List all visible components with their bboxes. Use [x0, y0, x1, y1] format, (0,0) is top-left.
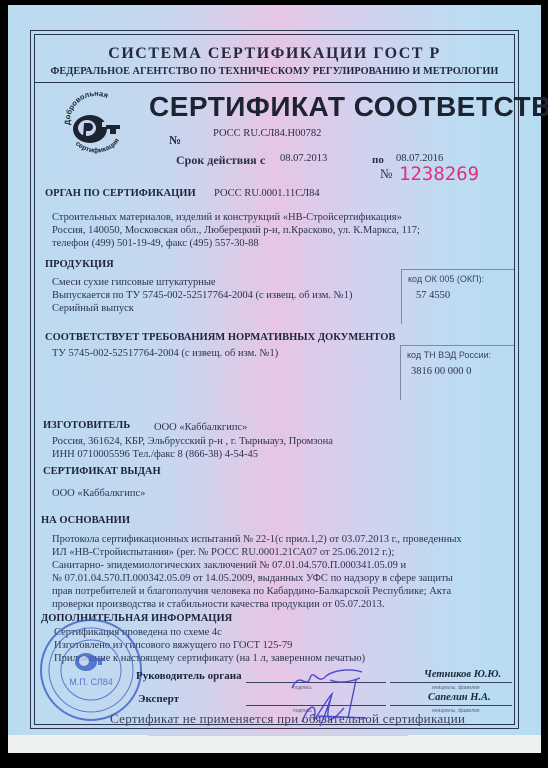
- official-stamp: М.П. СЛ84: [36, 615, 146, 725]
- certification-body-line: Россия, 140050, Московская обл., Люберец…: [52, 224, 420, 238]
- certificate-paper: СИСТЕМА СЕРТИФИКАЦИИ ГОСТ Р ФЕДЕРАЛЬНОЕ …: [8, 5, 541, 753]
- tnved-code-label: код ТН ВЭД России:: [407, 350, 491, 360]
- expert-name-line: [390, 705, 512, 706]
- product-line: Выпускается по ТУ 5745-002-52517764-2004…: [52, 289, 352, 303]
- okp-code-label: код ОК 005 (ОКП):: [408, 274, 484, 284]
- blank-serial-number: 1238269: [399, 163, 479, 185]
- product-line: Серийный выпуск: [52, 302, 134, 316]
- certificate-title: СЕРТИФИКАТ СООТВЕТСТВИЯ: [149, 91, 548, 123]
- head-name-caption: инициалы, фамилия: [432, 685, 480, 691]
- basis-line: Санитарно- эпидемиологических заключений…: [52, 559, 406, 573]
- basis-line: ИЛ «НВ-Стройиспытания» (рег. № РОСС RU.0…: [52, 546, 394, 560]
- validity-from-date: 08.07.2013: [280, 153, 327, 164]
- issued-to-label: СЕРТИФИКАТ ВЫДАН: [43, 466, 161, 477]
- product-line: Смеси сухие гипсовые штукатурные: [52, 276, 216, 290]
- validity-label: Срок действия: [176, 153, 257, 168]
- rst-mark-icon: Добровольная сертификация: [60, 89, 130, 159]
- svg-text:М.П. СЛ84: М.П. СЛ84: [69, 677, 113, 687]
- header-divider: [35, 82, 514, 83]
- basis-line: прав потребителей и благополучия человек…: [52, 585, 451, 599]
- system-title: СИСТЕМА СЕРТИФИКАЦИИ ГОСТ Р: [8, 45, 541, 63]
- manufacturer-label: ИЗГОТОВИТЕЛЬ: [43, 420, 130, 431]
- validity-from-label: с: [260, 153, 265, 168]
- registration-number: РОСС RU.СЛ84.Н00782: [213, 128, 321, 139]
- okp-code-box: код ОК 005 (ОКП): 57 4550: [401, 269, 514, 324]
- certification-body-line: телефон (499) 501-19-49, факс (495) 557-…: [52, 237, 259, 251]
- agency-name: ФЕДЕРАЛЬНОЕ АГЕНТСТВО ПО ТЕХНИЧЕСКОМУ РЕ…: [8, 66, 541, 77]
- blank-number-sign: №: [380, 166, 392, 182]
- official-stamp-icon: М.П. СЛ84: [36, 615, 146, 725]
- compliance-text: ТУ 5745-002-52517764-2004 (с извещ. об и…: [52, 347, 278, 361]
- paper-edge: [8, 735, 541, 753]
- tnved-code-value: 3816 00 000 0: [411, 366, 471, 377]
- basis-line: № 07.01.04.570.П.000342.05.09 от 14.05.2…: [52, 572, 453, 586]
- number-sign: №: [169, 133, 181, 148]
- expert-role-label: Эксперт: [138, 693, 179, 705]
- footer-note: Сертификат не применяется при обязательн…: [110, 711, 465, 727]
- product-label: ПРОДУКЦИЯ: [45, 259, 114, 270]
- manufacturer-line: Россия, 361624, КБР, Эльбрусский р-н , г…: [52, 435, 333, 449]
- manufacturer-line: ИНН 0710005596 Тел./факс 8 (866-38) 4-54…: [52, 448, 258, 462]
- head-name-line: [390, 682, 512, 683]
- certification-body-code: РОСС RU.0001.11СЛ84: [214, 188, 320, 199]
- compliance-label: СООТВЕТСТВУЕТ ТРЕБОВАНИЯМ НОРМАТИВНЫХ ДО…: [45, 332, 395, 343]
- rst-logo: Добровольная сертификация: [60, 89, 130, 159]
- manufacturer-name: ООО «Каббалкгипс»: [154, 421, 247, 435]
- basis-line: проверки производства и стабильности кач…: [52, 598, 385, 612]
- basis-label: НА ОСНОВАНИИ: [41, 515, 130, 526]
- basis-line: Протокола сертификационных испытаний № 2…: [52, 533, 462, 547]
- issued-to-name: ООО «Каббалкгипс»: [52, 487, 145, 501]
- certification-body-label: ОРГАН ПО СЕРТИФИКАЦИИ: [45, 188, 196, 199]
- head-role-label: Руководитель органа: [136, 670, 242, 682]
- head-name: Четников Ю.Ю.: [424, 669, 501, 680]
- tnved-code-box: код ТН ВЭД России: 3816 00 000 0: [400, 345, 514, 400]
- validity-to-label: по: [372, 154, 384, 166]
- printer-fineprint: [148, 734, 408, 736]
- certification-body-line: Строительных материалов, изделий и конст…: [52, 211, 402, 225]
- expert-name: Сапелин Н.А.: [428, 692, 491, 703]
- okp-code-value: 57 4550: [416, 290, 450, 301]
